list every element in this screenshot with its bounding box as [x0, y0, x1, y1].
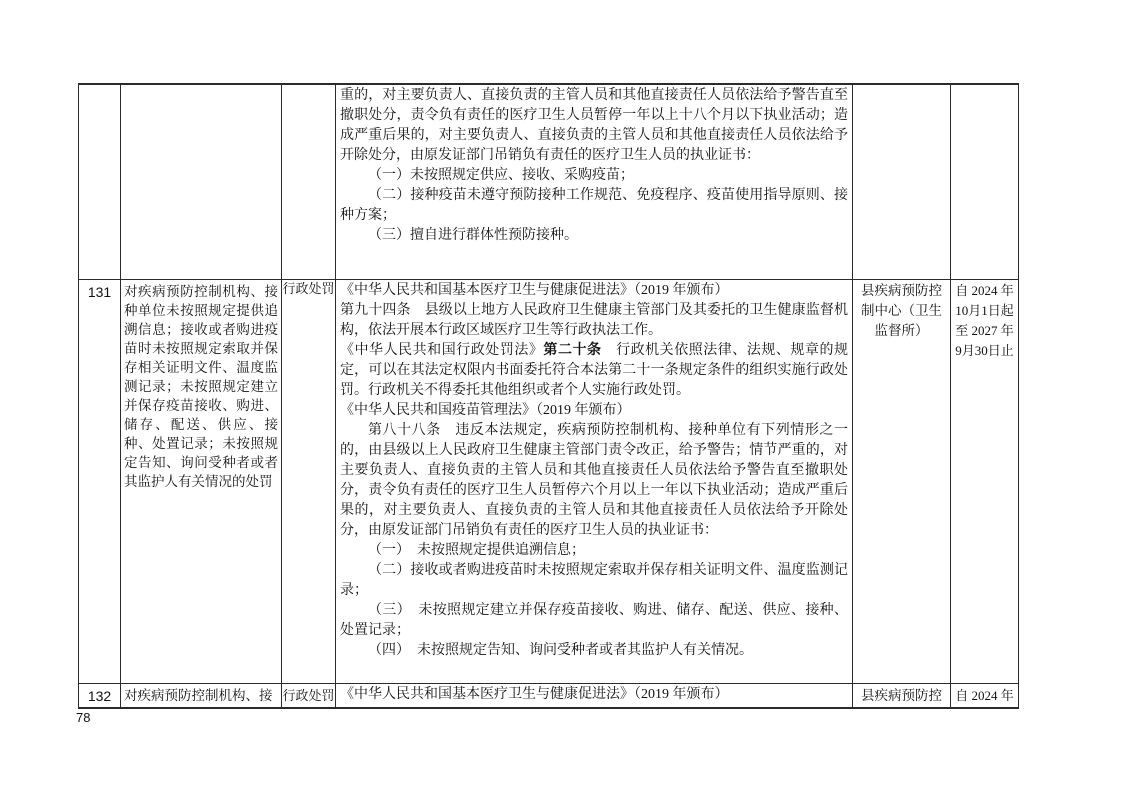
legal-basis-cell: 《中华人民共和国基本医疗卫生与健康促进法》（2019 年颁布） — [336, 683, 853, 708]
legal-basis-paragraph: （一） 未按照规定提供追溯信息； — [340, 541, 848, 561]
legal-basis-cell: 《中华人民共和国基本医疗卫生与健康促进法》（2019 年颁布）第九十四条 县级以… — [336, 279, 853, 683]
legal-basis-paragraph: （三）擅自进行群体性预防接种。 — [340, 226, 848, 246]
penalty-type-cell — [282, 84, 336, 279]
implementation-period-cell: 自 2024 年10月1日起至 2027 年9月30日止 — [951, 279, 1019, 683]
legal-basis-paragraph: （三） 未按照规定建立并保存疫苗接收、购进、储存、配送、供应、接种、处置记录； — [340, 601, 848, 641]
implementing-agency-cell: 县疾病预防控 — [853, 683, 951, 708]
penalty-type-cell: 行政处罚 — [282, 279, 336, 683]
penalty-type-cell: 行政处罚 — [282, 683, 336, 708]
document-page: 重的，对主要负责人、直接负责的主管人员和其他直接责任人员依法给予警告直至撤职处分… — [0, 0, 1122, 793]
penalty-item-cell: 对疾病预防控制机构、接种单位未按照规定提供追溯信息；接收或者购进疫苗时未按照规定… — [121, 279, 282, 683]
legal-basis-paragraph: （二）接种疫苗未遵守预防接种工作规范、免疫程序、疫苗使用指导原则、接种方案； — [340, 186, 848, 226]
legal-basis-paragraph: 重的，对主要负责人、直接负责的主管人员和其他直接责任人员依法给予警告直至撤职处分… — [340, 86, 848, 166]
table-row-132: 132 对疾病预防控制机构、接 行政处罚 《中华人民共和国基本医疗卫生与健康促进… — [79, 683, 1019, 708]
legal-basis-paragraph: 《中华人民共和国行政处罚法》第二十条 行政机关依照法律、法规、规章的规定，可以在… — [340, 341, 848, 401]
legal-basis-paragraph: （一）未按照规定供应、接收、采购疫苗； — [340, 166, 848, 186]
legal-basis-paragraph: 《中华人民共和国基本医疗卫生与健康促进法》（2019 年颁布） — [340, 281, 848, 301]
table-row-131: 131 对疾病预防控制机构、接种单位未按照规定提供追溯信息；接收或者购进疫苗时未… — [79, 279, 1019, 683]
legal-basis-paragraph: （四） 未按照规定告知、询问受种者或者其监护人有关情况。 — [340, 641, 848, 661]
legal-basis-cell: 重的，对主要负责人、直接负责的主管人员和其他直接责任人员依法给予警告直至撤职处分… — [336, 84, 853, 279]
page-number: 78 — [76, 710, 90, 725]
legal-basis-paragraph: （二）接收或者购进疫苗时未按照规定索取并保存相关证明文件、温度监测记录； — [340, 561, 848, 601]
legal-basis-paragraph: 《中华人民共和国基本医疗卫生与健康促进法》（2019 年颁布） — [340, 685, 848, 705]
penalty-item-cell: 对疾病预防控制机构、接 — [121, 683, 282, 708]
legal-basis-paragraph: 《中华人民共和国疫苗管理法》（2019 年颁布） — [340, 401, 848, 421]
row-number-cell — [79, 84, 121, 279]
implementing-agency-cell — [853, 84, 951, 279]
implementation-period-cell — [951, 84, 1019, 279]
legal-basis-paragraph: 第八十八条 违反本法规定，疾病预防控制机构、接种单位有下列情形之一的，由县级以上… — [340, 421, 848, 541]
row-number-cell: 131 — [79, 279, 121, 683]
regulation-table: 重的，对主要负责人、直接负责的主管人员和其他直接责任人员依法给予警告直至撤职处分… — [78, 83, 1019, 709]
implementing-agency-cell: 县疾病预防控制中心（卫生监督所） — [853, 279, 951, 683]
implementation-period-cell: 自 2024 年 — [951, 683, 1019, 708]
table-row-continuation: 重的，对主要负责人、直接负责的主管人员和其他直接责任人员依法给予警告直至撤职处分… — [79, 84, 1019, 279]
legal-basis-paragraph: 第九十四条 县级以上地方人民政府卫生健康主管部门及其委托的卫生健康监督机构，依法… — [340, 301, 848, 341]
row-number-cell: 132 — [79, 683, 121, 708]
penalty-item-cell — [121, 84, 282, 279]
